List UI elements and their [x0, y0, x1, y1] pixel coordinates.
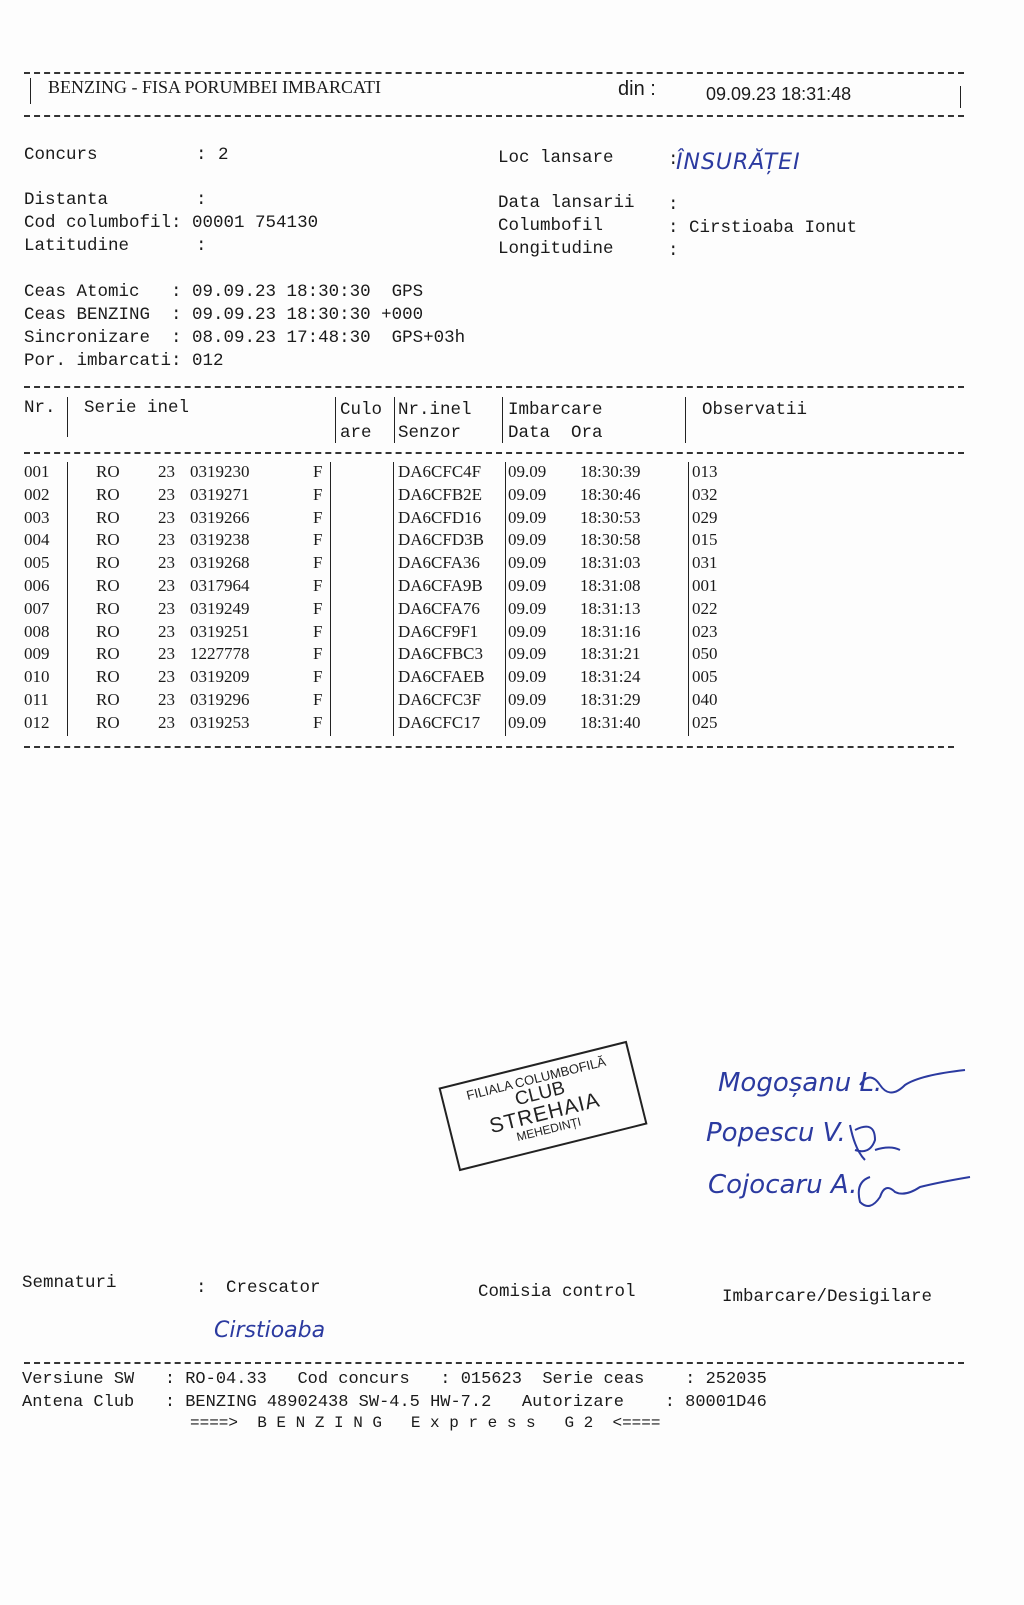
cell-data: 09.09	[508, 462, 546, 482]
table-top-rule	[24, 386, 964, 388]
cell-separator	[67, 713, 68, 736]
cell-sex: F	[313, 622, 322, 642]
cell-sex: F	[313, 508, 322, 528]
cell-ring: 0319249	[190, 599, 250, 619]
cell-separator	[67, 644, 68, 667]
table-row: 009RO231227778FDA6CFBC309.0918:31:21050	[0, 644, 1024, 667]
cell-separator	[330, 599, 331, 622]
autorizare-value: 80001D46	[685, 1393, 767, 1412]
ceas-benzing-label: Ceas BENZING	[24, 305, 150, 325]
distanta-colon: :	[196, 190, 207, 210]
cell-data: 09.09	[508, 599, 546, 619]
sincronizare-value: 08.09.23 17:48:30 GPS+03h	[192, 328, 465, 348]
autorizare-label: Autorizare	[522, 1393, 624, 1412]
col-header-imbarcare: Imbarcare	[508, 400, 603, 420]
cell-separator	[67, 667, 68, 690]
cell-separator	[330, 622, 331, 645]
cod-columbofil-label: Cod columbofil: 00001 754130	[24, 213, 318, 233]
cell-ring: 0319253	[190, 713, 250, 733]
cell-separator	[67, 508, 68, 531]
signature-scribbles	[840, 1065, 980, 1235]
cell-country: RO	[96, 713, 120, 733]
cell-separator	[393, 462, 394, 485]
cell-country: RO	[96, 599, 120, 619]
club-stamp: FILIALA COLUMBOFILĂ CLUB STREHAIA MEHEDI…	[438, 1041, 647, 1171]
cell-ora: 18:31:29	[580, 690, 640, 710]
benzing-banner: ====> B E N Z I N G E x p r e s s G 2 <=…	[190, 1414, 660, 1432]
cell-ora: 18:30:46	[580, 485, 640, 505]
cell-year: 23	[158, 485, 175, 505]
cell-country: RO	[96, 485, 120, 505]
cell-year: 23	[158, 713, 175, 733]
cell-separator	[330, 690, 331, 713]
footer-rule	[24, 1362, 964, 1364]
cell-senzor: DA6CFC3F	[398, 690, 481, 710]
col-sep-nr	[67, 397, 68, 437]
cell-separator	[393, 599, 394, 622]
cell-ring: 0319251	[190, 622, 250, 642]
cell-observatii: 032	[692, 485, 718, 505]
cell-separator	[330, 462, 331, 485]
cell-separator	[330, 530, 331, 553]
cell-year: 23	[158, 508, 175, 528]
cell-data: 09.09	[508, 508, 546, 528]
cell-ora: 18:31:24	[580, 667, 640, 687]
cell-ora: 18:30:53	[580, 508, 640, 528]
cell-separator	[393, 576, 394, 599]
col-sep-senzor	[502, 397, 503, 443]
cod-concurs-value: 015623	[461, 1370, 522, 1389]
col-header-nr-inel-2: Senzor	[398, 423, 461, 443]
col-header-nr: Nr.	[24, 398, 56, 418]
cell-data: 09.09	[508, 667, 546, 687]
cell-separator	[393, 622, 394, 645]
cell-ring: 0319238	[190, 530, 250, 550]
concurs-value: 2	[218, 145, 229, 165]
table-row: 002RO230319271FDA6CFB2E09.0918:30:46032	[0, 485, 1024, 508]
cell-separator	[67, 622, 68, 645]
cell-observatii: 015	[692, 530, 718, 550]
cell-ora: 18:30:58	[580, 530, 640, 550]
header-bottom-rule	[24, 115, 964, 117]
imbarcare-desigilare-label: Imbarcare/Desigilare	[722, 1287, 932, 1307]
cell-ora: 18:30:39	[580, 462, 640, 482]
cell-nr: 003	[24, 508, 50, 528]
cell-separator	[330, 667, 331, 690]
cell-country: RO	[96, 644, 120, 664]
table-row: 003RO230319266FDA6CFD1609.0918:30:53029	[0, 508, 1024, 531]
cell-ring: 0319209	[190, 667, 250, 687]
cell-nr: 011	[24, 690, 49, 710]
latitudine-colon: :	[196, 236, 207, 256]
cell-separator	[330, 713, 331, 736]
cell-nr: 012	[24, 713, 50, 733]
cell-sex: F	[313, 713, 322, 733]
col-header-data-ora: Data Ora	[508, 423, 603, 443]
crescator-label: Crescator	[226, 1278, 321, 1298]
versiune-sw-value: RO-04.33	[185, 1370, 267, 1389]
cell-separator	[688, 462, 689, 485]
table-row: 006RO230317964FDA6CFA9B09.0918:31:08001	[0, 576, 1024, 599]
cell-separator	[505, 690, 506, 713]
cell-observatii: 031	[692, 553, 718, 573]
cell-nr: 001	[24, 462, 50, 482]
cell-ora: 18:31:13	[580, 599, 640, 619]
ceas-atomic-label: Ceas Atomic	[24, 282, 140, 302]
cell-ora: 18:31:08	[580, 576, 640, 596]
cell-sex: F	[313, 485, 322, 505]
cell-separator	[67, 462, 68, 485]
cell-separator	[505, 622, 506, 645]
cell-senzor: DA6CFC4F	[398, 462, 481, 482]
cell-separator	[330, 553, 331, 576]
din-label-text: din	[618, 78, 645, 100]
ceas-atomic-row: Ceas Atomic : 09.09.23 18:30:30 GPS	[24, 282, 423, 302]
cell-observatii: 050	[692, 644, 718, 664]
col-sep-imbarcare	[685, 397, 686, 443]
por-imbarcati-value: 012	[192, 351, 224, 371]
cell-data: 09.09	[508, 576, 546, 596]
cell-separator	[688, 690, 689, 713]
cell-country: RO	[96, 530, 120, 550]
cell-data: 09.09	[508, 644, 546, 664]
cod-concurs-label: Cod concurs	[297, 1370, 409, 1389]
table-row: 008RO230319251FDA6CF9F109.0918:31:16023	[0, 622, 1024, 645]
cell-sex: F	[313, 644, 322, 664]
cell-separator	[505, 553, 506, 576]
cell-ring: 0317964	[190, 576, 250, 596]
cell-nr: 009	[24, 644, 50, 664]
cell-separator	[688, 667, 689, 690]
col-header-data: Data	[508, 423, 550, 443]
cell-observatii: 029	[692, 508, 718, 528]
cell-nr: 004	[24, 530, 50, 550]
cell-sex: F	[313, 690, 322, 710]
col-sep-serie	[335, 397, 336, 443]
cod-columbofil-label-text: Cod columbofil	[24, 213, 171, 233]
cell-separator	[67, 599, 68, 622]
cell-country: RO	[96, 690, 120, 710]
cell-senzor: DA6CFB2E	[398, 485, 482, 505]
cell-senzor: DA6CFD16	[398, 508, 481, 528]
data-lansarii-colon: :	[668, 195, 679, 215]
cell-separator	[505, 713, 506, 736]
cell-senzor: DA6CFBC3	[398, 644, 483, 664]
antena-club-row: Antena Club : BENZING 48902438 SW-4.5 HW…	[22, 1393, 767, 1412]
data-lansarii-label: Data lansarii	[498, 193, 635, 213]
cell-country: RO	[96, 622, 120, 642]
serie-ceas-value: 252035	[706, 1370, 767, 1389]
cell-observatii: 005	[692, 667, 718, 687]
signature-commission-2: Popescu V.	[706, 1118, 846, 1148]
cell-sex: F	[313, 576, 322, 596]
table-row: 001RO230319230FDA6CFC4F09.0918:30:39013	[0, 462, 1024, 485]
loc-lansare-value: ÎNSURĂȚEI	[676, 150, 801, 175]
cell-country: RO	[96, 462, 120, 482]
cell-senzor: DA6CFAEB	[398, 667, 485, 687]
ceas-benzing-value: 09.09.23 18:30:30 +000	[192, 305, 423, 325]
header-left-bar	[30, 78, 31, 104]
cell-senzor: DA6CFA76	[398, 599, 480, 619]
cell-sex: F	[313, 599, 322, 619]
cell-country: RO	[96, 667, 120, 687]
cell-ring: 0319271	[190, 485, 250, 505]
concurs-colon: :	[196, 145, 207, 165]
table-row: 011RO230319296FDA6CFC3F09.0918:31:29040	[0, 690, 1024, 713]
cell-observatii: 025	[692, 713, 718, 733]
cell-separator	[688, 508, 689, 531]
cell-separator	[505, 530, 506, 553]
cell-senzor: DA6CFA36	[398, 553, 480, 573]
cell-observatii: 013	[692, 462, 718, 482]
cell-year: 23	[158, 667, 175, 687]
cell-nr: 008	[24, 622, 50, 642]
cell-nr: 005	[24, 553, 50, 573]
cell-country: RO	[96, 553, 120, 573]
distanta-label: Distanta	[24, 190, 108, 210]
cell-senzor: DA6CFD3B	[398, 530, 484, 550]
cell-nr: 002	[24, 485, 50, 505]
cell-year: 23	[158, 690, 175, 710]
cell-ring: 0319230	[190, 462, 250, 482]
din-value: 09.09.23 18:31:48	[706, 84, 851, 105]
sincronizare-label: Sincronizare	[24, 328, 150, 348]
cell-separator	[393, 690, 394, 713]
cell-separator	[393, 553, 394, 576]
cell-data: 09.09	[508, 485, 546, 505]
cell-year: 23	[158, 576, 175, 596]
cell-observatii: 001	[692, 576, 718, 596]
cell-observatii: 023	[692, 622, 718, 642]
cell-separator	[505, 599, 506, 622]
antena-club-value: BENZING 48902438 SW-4.5 HW-7.2	[185, 1393, 491, 1412]
cell-separator	[67, 553, 68, 576]
sincronizare-row: Sincronizare : 08.09.23 17:48:30 GPS+03h	[24, 328, 465, 348]
signature-crescator: Cirstioaba	[214, 1318, 325, 1343]
cell-nr: 010	[24, 667, 50, 687]
cell-sex: F	[313, 462, 322, 482]
cell-data: 09.09	[508, 530, 546, 550]
cell-separator	[330, 485, 331, 508]
cell-ring: 0319268	[190, 553, 250, 573]
cell-separator	[67, 690, 68, 713]
cell-separator	[688, 644, 689, 667]
col-header-nr-inel-1: Nr.inel	[398, 400, 472, 420]
cell-separator	[67, 530, 68, 553]
cell-separator	[688, 713, 689, 736]
ceas-benzing-row: Ceas BENZING : 09.09.23 18:30:30 +000	[24, 305, 423, 325]
col-header-serie-inel: Serie inel	[84, 398, 189, 418]
cell-separator	[688, 530, 689, 553]
cell-separator	[67, 576, 68, 599]
cell-year: 23	[158, 622, 175, 642]
cell-sex: F	[313, 667, 322, 687]
semnaturi-colon: :	[196, 1278, 207, 1298]
cell-year: 23	[158, 644, 175, 664]
cell-separator	[330, 508, 331, 531]
cell-country: RO	[96, 508, 120, 528]
din-label: din :	[618, 78, 656, 101]
cell-senzor: DA6CF9F1	[398, 622, 478, 642]
columbofil-value: Cirstioaba Ionut	[689, 218, 857, 238]
cell-year: 23	[158, 553, 175, 573]
longitudine-colon: :	[668, 241, 679, 261]
cell-separator	[505, 644, 506, 667]
cell-nr: 007	[24, 599, 50, 619]
versiune-sw-row: Versiune SW : RO-04.33 Cod concurs : 015…	[22, 1370, 767, 1389]
table-row: 007RO230319249FDA6CFA7609.0918:31:13022	[0, 599, 1024, 622]
cell-nr: 006	[24, 576, 50, 596]
cell-sex: F	[313, 530, 322, 550]
cell-sex: F	[313, 553, 322, 573]
cell-separator	[393, 644, 394, 667]
comisia-control-label: Comisia control	[478, 1282, 636, 1302]
cell-ring: 0319296	[190, 690, 250, 710]
cod-columbofil-value: 00001 754130	[192, 213, 318, 233]
cell-year: 23	[158, 530, 175, 550]
cell-separator	[688, 599, 689, 622]
cell-ora: 18:31:16	[580, 622, 640, 642]
cell-observatii: 040	[692, 690, 718, 710]
cell-separator	[688, 553, 689, 576]
header-top-rule	[24, 72, 964, 74]
por-imbarcati-label: Por. imbarcati	[24, 351, 171, 371]
cell-separator	[505, 485, 506, 508]
cell-ora: 18:31:40	[580, 713, 640, 733]
table-row: 012RO230319253FDA6CFC1709.0918:31:40025	[0, 713, 1024, 736]
cell-observatii: 022	[692, 599, 718, 619]
cell-separator	[688, 576, 689, 599]
serie-ceas-label: Serie ceas	[542, 1370, 644, 1389]
cell-separator	[393, 485, 394, 508]
cell-senzor: DA6CFC17	[398, 713, 480, 733]
cell-separator	[393, 713, 394, 736]
cell-separator	[505, 462, 506, 485]
por-imbarcati-row: Por. imbarcati: 012	[24, 351, 224, 371]
cell-ora: 18:31:03	[580, 553, 640, 573]
cell-ring: 0319266	[190, 508, 250, 528]
table-row: 004RO230319238FDA6CFD3B09.0918:30:58015	[0, 530, 1024, 553]
cell-separator	[505, 576, 506, 599]
cell-year: 23	[158, 462, 175, 482]
versiune-sw-label: Versiune SW	[22, 1370, 134, 1389]
header-right-bar	[960, 86, 961, 108]
table-row: 010RO230319209FDA6CFAEB09.0918:31:24005	[0, 667, 1024, 690]
cell-ora: 18:31:21	[580, 644, 640, 664]
col-header-culoare-1: Culo	[340, 400, 382, 420]
col-header-observatii: Observatii	[702, 400, 807, 420]
table-bottom-rule	[24, 746, 954, 748]
cell-separator	[393, 508, 394, 531]
document-title: BENZING - FISA PORUMBEI IMBARCATI	[48, 77, 381, 98]
cell-separator	[393, 667, 394, 690]
col-header-culoare-2: are	[340, 423, 372, 443]
cell-data: 09.09	[508, 713, 546, 733]
cell-separator	[688, 485, 689, 508]
table-header-rule	[24, 452, 964, 454]
loc-lansare-label: Loc lansare	[498, 148, 614, 168]
cell-country: RO	[96, 576, 120, 596]
cell-data: 09.09	[508, 690, 546, 710]
semnaturi-label: Semnaturi	[22, 1273, 117, 1293]
cell-separator	[393, 530, 394, 553]
cell-separator	[505, 667, 506, 690]
cell-separator	[688, 622, 689, 645]
antena-club-label: Antena Club	[22, 1393, 134, 1412]
signature-commission-3: Cojocaru A.	[708, 1170, 857, 1200]
cell-separator	[330, 644, 331, 667]
cell-year: 23	[158, 599, 175, 619]
columbofil-label: Columbofil	[498, 216, 603, 236]
cell-separator	[330, 576, 331, 599]
col-header-ora: Ora	[571, 423, 603, 443]
ceas-atomic-value: 09.09.23 18:30:30 GPS	[192, 282, 423, 302]
cell-senzor: DA6CFA9B	[398, 576, 483, 596]
table-row: 005RO230319268FDA6CFA3609.0918:31:03031	[0, 553, 1024, 576]
columbofil-colon: : Cirstioaba Ionut	[668, 218, 857, 238]
concurs-label: Concurs	[24, 145, 98, 165]
longitudine-label: Longitudine	[498, 239, 614, 259]
latitudine-label: Latitudine	[24, 236, 129, 256]
cell-data: 09.09	[508, 622, 546, 642]
cell-separator	[505, 508, 506, 531]
cell-data: 09.09	[508, 553, 546, 573]
cell-separator	[67, 485, 68, 508]
cell-ring: 1227778	[190, 644, 250, 664]
col-sep-culoare	[394, 397, 395, 443]
